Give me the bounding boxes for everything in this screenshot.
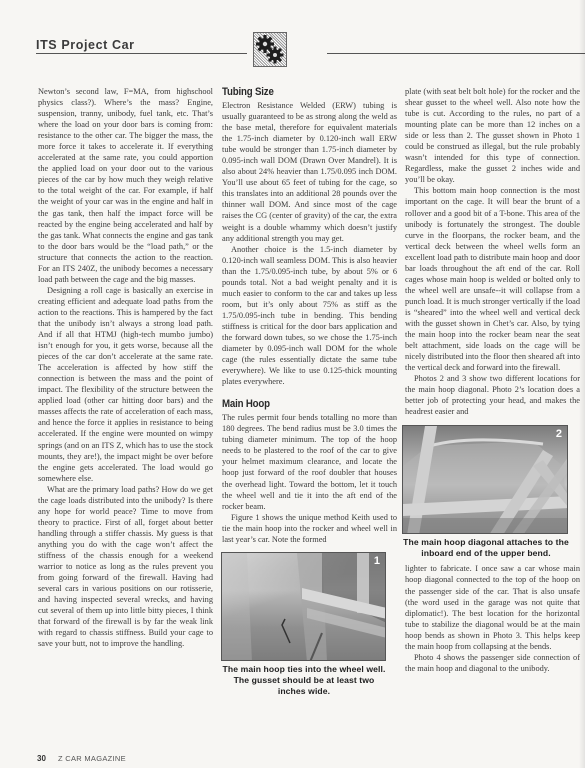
body-paragraph: Photos 2 and 3 show two different loca­t… <box>405 373 580 417</box>
body-paragraph: Newton’s second law, F=MA, from high­sch… <box>38 86 213 285</box>
photo-1-caption: The main hoop ties into the wheel well. … <box>220 664 388 697</box>
article-column-2: Tubing Size Electron Resistance Welded (… <box>222 86 397 697</box>
body-paragraph: Designing a roll cage is basically an ex… <box>38 285 213 484</box>
body-paragraph: What are the primary load paths? How do … <box>38 484 213 650</box>
body-paragraph: Photo 4 shows the passenger side connec­… <box>405 652 580 674</box>
gears-icon <box>253 32 287 67</box>
body-paragraph: lighter to fabricate. I once saw a car w… <box>405 563 580 651</box>
article-column-3: plate (with seat belt bolt hole) for the… <box>405 86 580 674</box>
body-paragraph: Another choice is the 1.5-inch diameter … <box>222 244 397 388</box>
article-column-1: Newton’s second law, F=MA, from high­sch… <box>38 86 213 649</box>
page-gutter-shadow <box>579 0 585 768</box>
photo-2-caption: The main hoop diagonal attaches to the i… <box>401 537 571 559</box>
subheading-tubing-size: Tubing Size <box>222 86 376 99</box>
photo-number: 2 <box>556 429 562 440</box>
body-paragraph: Figure 1 shows the unique method Keith u… <box>222 512 397 545</box>
body-paragraph: plate (with seat belt bolt hole) for the… <box>405 86 580 185</box>
photo-2-main-hoop-diagonal: 2 <box>402 425 568 534</box>
photo-1-wheel-well: 1 <box>221 552 386 661</box>
page-number: 30 <box>37 754 46 763</box>
magazine-name: Z CAR MAGAZINE <box>58 754 126 763</box>
body-paragraph: The rules permit four bends totalling no… <box>222 412 397 511</box>
subheading-main-hoop: Main Hoop <box>222 398 376 411</box>
body-paragraph: This bottom main hoop connection is the … <box>405 185 580 373</box>
page-header: ITS Project Car <box>0 0 585 70</box>
photo-number: 1 <box>374 556 380 567</box>
section-title: ITS Project Car <box>36 38 135 52</box>
page-footer: 30 Z CAR MAGAZINE <box>37 754 126 763</box>
body-paragraph: Electron Resistance Welded (ERW) tubing … <box>222 100 397 244</box>
header-rule-left <box>36 53 247 54</box>
header-rule-right <box>327 53 585 54</box>
